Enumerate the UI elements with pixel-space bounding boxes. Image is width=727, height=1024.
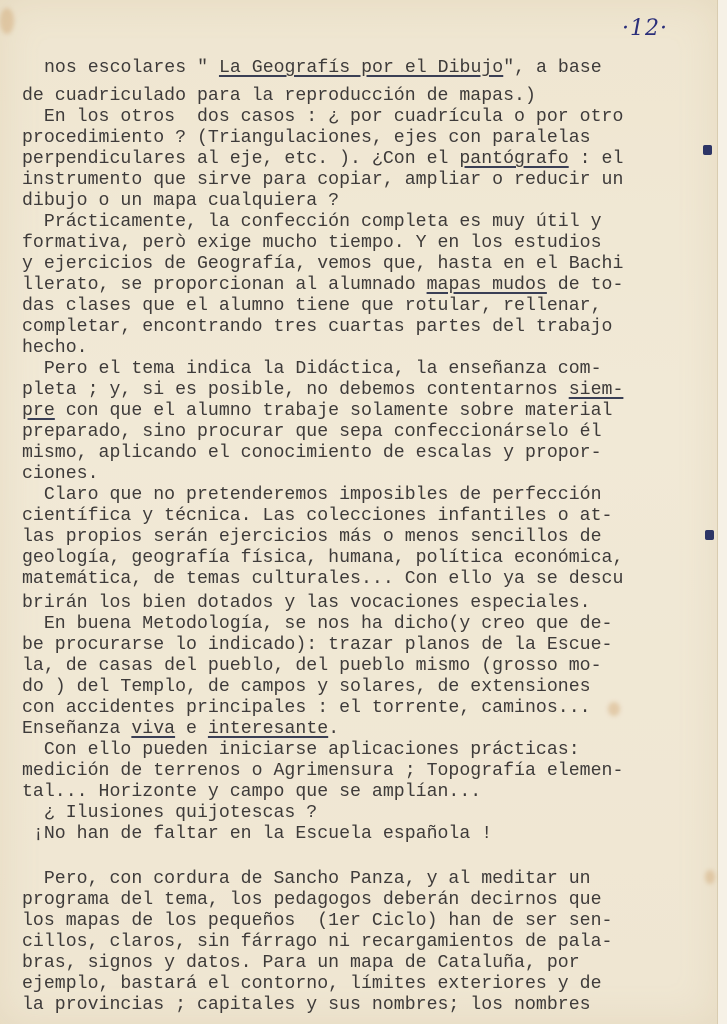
text-line: de cuadriculado para la reproducción de … <box>22 86 536 106</box>
text-line: llerato, se proporcionan al alumnado map… <box>22 275 623 295</box>
text-line: ejemplo, bastará el contorno, límites ex… <box>22 974 602 994</box>
text-line: Pero, con cordura de Sancho Panza, y al … <box>22 869 591 889</box>
underlined-phrase: siem- <box>569 380 624 400</box>
text-line: brirán los bien dotados y las vocaciones… <box>22 593 591 613</box>
text-line: los mapas de los pequeños (1er Ciclo) ha… <box>22 911 612 931</box>
text-line: bras, signos y datos. Para un mapa de Ca… <box>22 953 580 973</box>
page-number: ·12· <box>622 16 668 41</box>
text-line: tal... Horizonte y campo que se amplían.… <box>22 782 481 802</box>
ink-blot <box>703 145 712 155</box>
text-line: Pero el tema indica la Didáctica, la ens… <box>22 359 602 379</box>
underlined-phrase: pantógrafo <box>459 149 568 169</box>
text-line: instrumento que sirve para copiar, ampli… <box>22 170 623 190</box>
text-line: hecho. <box>22 338 88 358</box>
underlined-phrase: pre <box>22 401 55 421</box>
text-line: las propios serán ejercicios más o menos… <box>22 527 612 547</box>
text-line: ¡No han de faltar en la Escuela española… <box>22 824 492 844</box>
text-line: be procurarse lo indicado): trazar plano… <box>22 635 612 655</box>
text-line: mismo, aplicando el conocimiento de esca… <box>22 443 602 463</box>
text-line: y ejercicios de Geografía, vemos que, ha… <box>22 254 623 274</box>
text-line: Con ello pueden iniciarse aplicaciones p… <box>22 740 580 760</box>
paper-edge <box>717 0 727 1024</box>
text-line: con accidentes principales : el torrente… <box>22 698 591 718</box>
text-line: Claro que no pretenderemos imposibles de… <box>22 485 602 505</box>
underlined-phrase: mapas mudos <box>427 275 547 295</box>
stain <box>0 8 14 34</box>
text-line: perpendiculares al eje, etc. ). ¿Con el … <box>22 149 623 169</box>
text-line: preparado, sino procurar que sepa confec… <box>22 422 602 442</box>
stain <box>608 702 620 716</box>
text-line: pre con que el alumno trabaje solamente … <box>22 401 612 421</box>
text-line: Enseñanza viva e interesante. <box>22 719 339 739</box>
text-line: En los otros dos casos : ¿ por cuadrícul… <box>22 107 623 127</box>
text-line: formativa, però exige mucho tiempo. Y en… <box>22 233 602 253</box>
text-line: das clases que el alumno tiene que rotul… <box>22 296 602 316</box>
underlined-phrase: La Geografís por el Dibujo <box>219 58 503 78</box>
text-line: medición de terrenos o Agrimensura ; Top… <box>22 761 623 781</box>
text-line: ¿ Ilusiones quijotescas ? <box>22 803 317 823</box>
text-line: procedimiento ? (Triangulaciones, ejes c… <box>22 128 602 148</box>
text-line: cillos, claros, sin fárrago ni recargami… <box>22 932 612 952</box>
text-line: la provincias ; capitales y sus nombres;… <box>22 995 591 1015</box>
underlined-phrase: interesante <box>208 719 328 739</box>
text-line: dibujo o un mapa cualquiera ? <box>22 191 339 211</box>
text-line: matemática, de temas culturales... Con e… <box>22 569 623 589</box>
text-line: En buena Metodología, se nos ha dicho(y … <box>22 614 612 634</box>
text-line: geología, geografía física, humana, polí… <box>22 548 623 568</box>
text-line: nos escolares " La Geografís por el Dibu… <box>44 58 602 78</box>
stain <box>705 870 715 884</box>
text-line: ciones. <box>22 464 99 484</box>
text-line: completar, encontrando tres cuartas part… <box>22 317 612 337</box>
text-line: Prácticamente, la confección completa es… <box>22 212 602 232</box>
underlined-phrase: viva <box>131 719 175 739</box>
text-line: pleta ; y, si es posible, no debemos con… <box>22 380 623 400</box>
text-line: científica y técnica. Las colecciones in… <box>22 506 612 526</box>
ink-blot <box>705 530 714 540</box>
text-line: programa del tema, los pedagogos deberán… <box>22 890 602 910</box>
text-line: la, de casas del pueblo, del pueblo mism… <box>22 656 602 676</box>
text-line: do ) del Templo, de campos y solares, de… <box>22 677 591 697</box>
